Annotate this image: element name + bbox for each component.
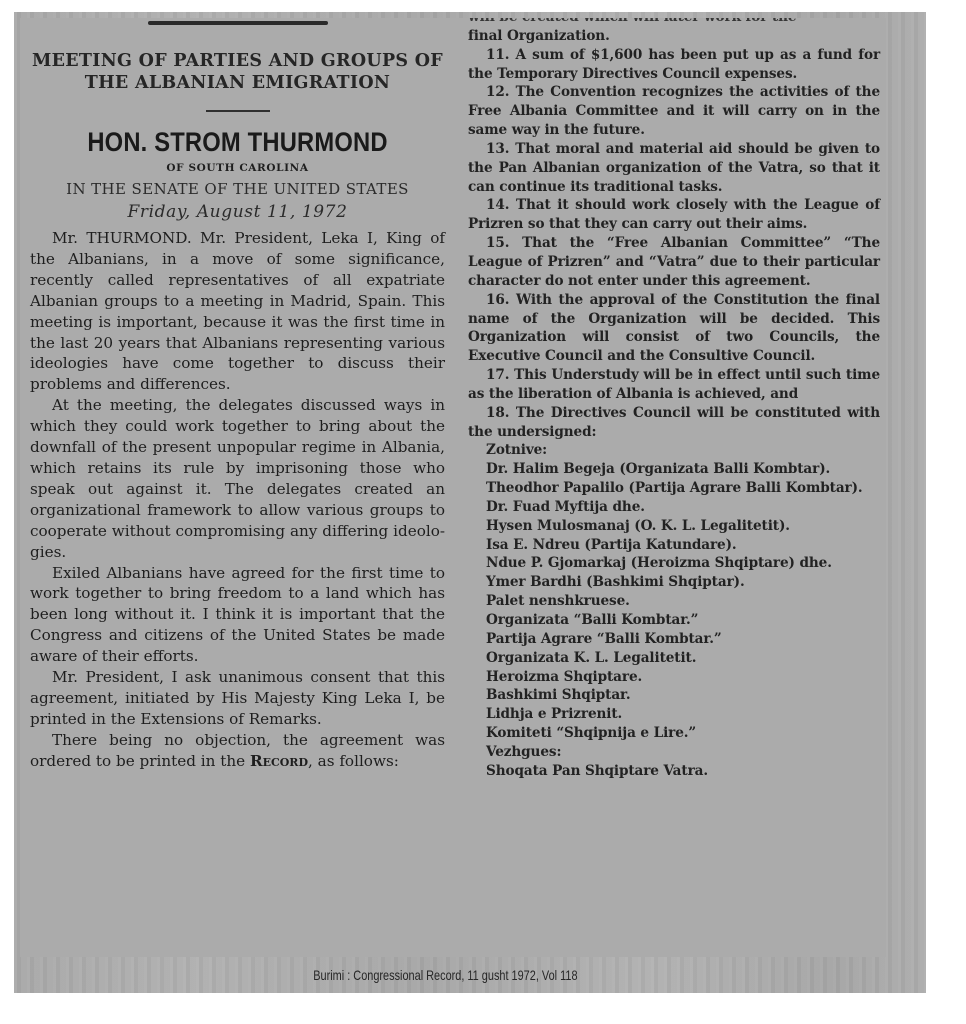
signatory: Vezhgues:	[468, 743, 880, 762]
signatories-list: Zotnive: Dr. Halim Begeja (Organizata Ba…	[468, 441, 880, 780]
agreement-item: 18. The Directives Council will be con­s…	[468, 404, 880, 442]
caption-text: Burimi : Congressional Record, 11 gusht …	[313, 967, 577, 983]
paragraph: Mr. THURMOND. Mr. President, Leka I, Kin…	[30, 228, 445, 395]
speaker-state: OF SOUTH CAROLINA	[30, 162, 445, 174]
signatory: Dr. Halim Begeja (Organizata Balli Kombt…	[468, 460, 880, 479]
signatory: Heroizma Shqiptare.	[468, 668, 880, 687]
agreement-text: will be created which will later work fo…	[468, 18, 880, 781]
cut-off-line: will be created which will later work fo…	[468, 18, 880, 27]
paragraph: Exiled Albanians have agreed for the fir…	[30, 563, 445, 668]
signatory: Hysen Mulosmanaj (O. K. L. Legalitetit).	[468, 517, 880, 536]
agreement-item: final Organization.	[468, 27, 880, 46]
signatory: Isa E. Ndreu (Partija Katundare).	[468, 536, 880, 555]
paragraph: At the meeting, the delegates discussed …	[30, 395, 445, 562]
newspaper-clipping: MEETING OF PARTIES AND GROUPS OF THE ALB…	[20, 18, 886, 957]
agreement-item: 11. A sum of $1,600 has been put up as a…	[468, 46, 880, 84]
agreement-item: 16. With the approval of the Constitutio…	[468, 291, 880, 366]
left-column: MEETING OF PARTIES AND GROUPS OF THE ALB…	[30, 18, 445, 772]
signatory: Organizata “Balli Kombtar.”	[468, 611, 880, 630]
closing-suffix: , as follows:	[308, 752, 399, 770]
date-line: Friday, August 11, 1972	[30, 202, 445, 222]
title-divider	[206, 110, 270, 112]
closing-paragraph: There being no objection, the agree­ment…	[30, 730, 445, 772]
chamber-line: IN THE SENATE OF THE UNITED STATES	[30, 180, 445, 198]
speech-body: Mr. THURMOND. Mr. President, Leka I, Kin…	[30, 228, 445, 772]
agreement-item: 12. The Convention recognizes the activ­…	[468, 83, 880, 140]
signatory: Ymer Bardhi (Bashkimi Shqiptar).	[468, 573, 880, 592]
signatory: Organizata K. L. Legalitetit.	[468, 649, 880, 668]
record-word: Record	[250, 752, 308, 770]
right-column: will be created which will later work fo…	[468, 18, 880, 781]
signatory: Palet nenshkruese.	[468, 592, 880, 611]
agreement-item: 14. That it should work closely with the…	[468, 196, 880, 234]
source-caption: Burimi : Congressional Record, 11 gusht …	[14, 957, 926, 993]
signatory: Lidhja e Prizrenit.	[468, 705, 880, 724]
signatory: Dr. Fuad Myftija dhe.	[468, 498, 880, 517]
paragraph: Mr. President, I ask unanimous con­sent …	[30, 667, 445, 730]
top-rule	[148, 21, 328, 25]
signatory: Ndue P. Gjomarkaj (Heroizma Shqiptare) d…	[468, 554, 880, 573]
signatory: Theodhor Papalilo (Partija Agrare Balli …	[468, 479, 880, 498]
section-title: MEETING OF PARTIES AND GROUPS OF THE ALB…	[30, 50, 445, 94]
signatory: Zotnive:	[468, 441, 880, 460]
signatory: Partija Agrare “Balli Kombtar.”	[468, 630, 880, 649]
signatory: Komiteti “Shqipnija e Lire.”	[468, 724, 880, 743]
agreement-item: 17. This Understudy will be in effect un…	[468, 366, 880, 404]
agreement-item: 15. That the “Free Albanian Committee” “…	[468, 234, 880, 291]
agreement-item: 13. That moral and material aid should b…	[468, 140, 880, 197]
signatory: Bashkimi Shqiptar.	[468, 686, 880, 705]
speaker-name: HON. STROM THURMOND	[55, 126, 420, 158]
signatory: Shoqata Pan Shqiptare Vatra.	[468, 762, 880, 781]
